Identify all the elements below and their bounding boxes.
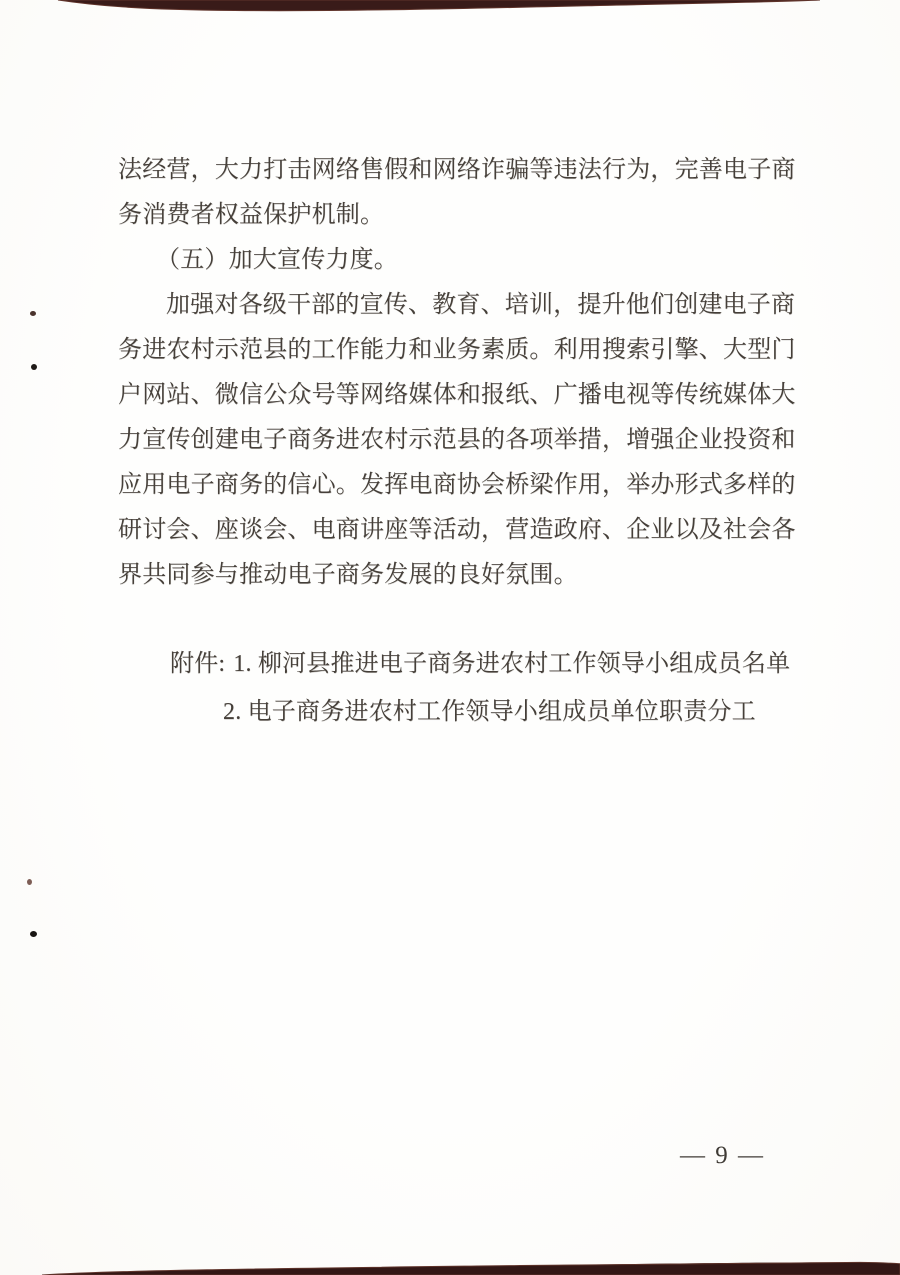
body-text-line: 务进农村示范县的工作能力和业务素质。利用搜索引擎、大型门 [118,328,796,373]
body-text-line: 加强对各级干部的宣传、教育、培训，提升他们创建电子商 [118,283,796,328]
body-text-line: 界共同参与推动电子商务发展的良好氛围。 [118,553,796,598]
body-text-line: 户网站、微信公众号等网络媒体和报纸、广播电视等传统媒体大 [118,373,796,418]
body-text-line: 应用电子商务的信心。发挥电商协会桥梁作用，举办形式多样的 [118,463,796,508]
attachment-item-2: 2. 电子商务进农村工作领导小组成员单位职责分工 [223,699,756,725]
document-body: 法经营，大力打击网络售假和网络诈骗等违法行为，完善电子商 务消费者权益保护机制。… [118,148,796,598]
body-text-line: 力宣传创建电子商务进农村示范县的各项举措，增强企业投资和 [118,418,796,463]
scan-speck [31,364,37,370]
scan-edge-top [0,0,900,14]
attachments-block: 附件:1. 柳河县推进电子商务进农村工作领导小组成员名单 2. 电子商务进农村工… [170,640,790,736]
page-number: — 9 — [680,1141,765,1171]
scan-edge-bottom [0,1259,900,1275]
attachment-row: 2. 电子商务进农村工作领导小组成员单位职责分工 [170,688,790,736]
body-text-line: 法经营，大力打击网络售假和网络诈骗等违法行为，完善电子商 [118,148,796,193]
scan-speck [30,931,37,937]
section-heading: （五）加大宣传力度。 [118,238,796,283]
attachment-item-1: 1. 柳河县推进电子商务进农村工作领导小组成员名单 [233,651,790,677]
scan-speck [30,311,36,316]
body-text-line: 研讨会、座谈会、电商讲座等活动，营造政府、企业以及社会各 [118,508,796,553]
scan-speck [27,879,32,885]
body-text-line: 务消费者权益保护机制。 [118,193,796,238]
attachments-label: 附件: [170,651,225,677]
scanned-document-page: 法经营，大力打击网络售假和网络诈骗等违法行为，完善电子商 务消费者权益保护机制。… [0,0,900,1275]
attachment-row: 附件:1. 柳河县推进电子商务进农村工作领导小组成员名单 [170,640,790,688]
